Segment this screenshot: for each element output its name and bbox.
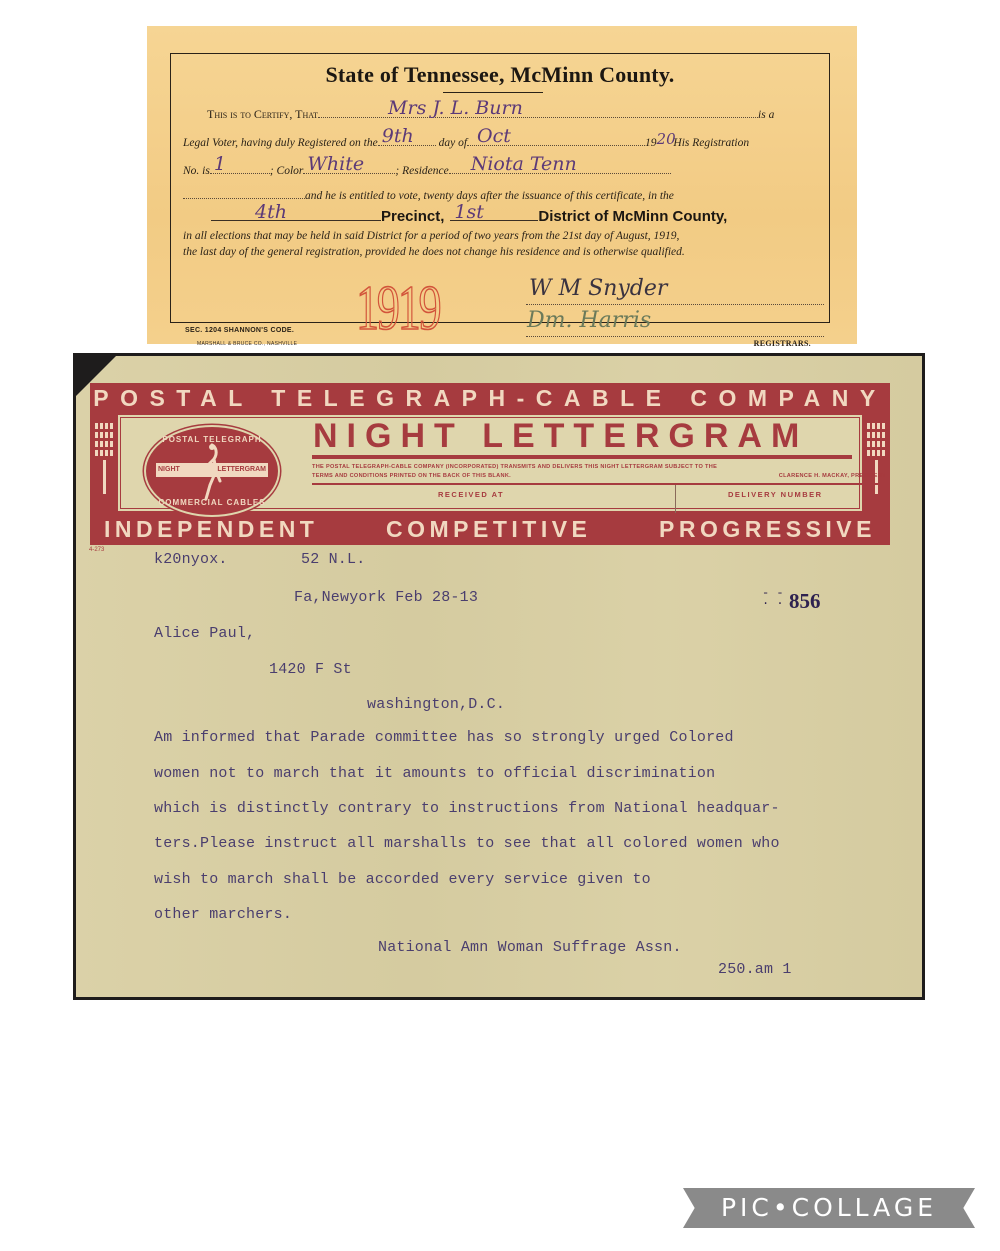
pic-collage-watermark: PIC•COLLAGE <box>683 1188 975 1228</box>
district-field: 1st <box>450 206 538 221</box>
his-registration-label: His Registration <box>673 137 749 149</box>
certificate-frame: State of Tennessee, McMinn County. This … <box>170 53 830 323</box>
registered-line: Legal Voter, having duly Registered on t… <box>183 134 817 149</box>
voter-name-field: Mrs J. L. Burn <box>318 106 758 118</box>
registrar-signature-2: Dm. Harris <box>527 308 651 333</box>
letterhead-panel: POSTAL TELEGRAPH NIGHT LETTERGRAM COMMER… <box>116 413 864 513</box>
certify-line: This is to Certify, ThatMrs J. L. Burnis… <box>183 106 817 122</box>
mercury-figure-icon <box>202 441 222 501</box>
night-lettergram-telegram: POSTAL TELEGRAPH-CABLE COMPANY POSTAL TE… <box>73 353 925 1000</box>
year-handwritten: 20 <box>657 130 676 148</box>
delivery-number: 856 <box>789 589 821 614</box>
slogan-bar: INDEPENDENT COMPETITIVE PROGRESSIVE <box>90 515 890 543</box>
body-line-2: women not to march that it amounts to of… <box>154 765 715 782</box>
recipient-name: Alice Paul, <box>154 625 255 642</box>
is-a-label: is a <box>758 109 774 121</box>
district-value: 1st <box>454 201 483 223</box>
day-of-label: day of <box>439 137 467 149</box>
residence-field: Niota Tenn <box>449 162 671 174</box>
left-ornament-icon <box>95 423 113 513</box>
year-field: 20 <box>657 135 671 146</box>
header-divider <box>675 485 676 513</box>
precinct-value: 4th <box>255 201 287 223</box>
recipient-city: washington,D.C. <box>367 696 505 713</box>
slogan-independent: INDEPENDENT <box>104 515 318 543</box>
voter-name: Mrs J. L. Burn <box>388 97 523 119</box>
year-prefix: 19 <box>645 137 657 149</box>
word-count: 52 N.L. <box>301 551 365 568</box>
certificate-title: State of Tennessee, McMinn County. <box>171 62 829 88</box>
message-code: k20nyox. <box>154 551 228 568</box>
title-rule <box>312 455 852 459</box>
precinct-field: 4th <box>211 206 381 221</box>
district-label: District of McMinn County, <box>538 208 727 225</box>
seal-left-text: NIGHT <box>158 463 180 477</box>
body-line-4: ters.Please instruct all marshalls to se… <box>154 835 780 852</box>
title-underline <box>443 92 543 93</box>
fine-print-line-1: THE POSTAL TELEGRAPH-CABLE COMPANY (INCO… <box>312 463 887 472</box>
voter-registration-certificate: State of Tennessee, McMinn County. This … <box>147 26 857 344</box>
slogan-competitive: COMPETITIVE <box>386 515 591 543</box>
company-seal-icon: POSTAL TELEGRAPH NIGHT LETTERGRAM COMMER… <box>144 425 280 517</box>
time-stamp: 250.am 1 <box>718 961 792 978</box>
no-is-label: No. is <box>183 165 210 177</box>
day-field: 9th <box>378 134 436 146</box>
color-label: ; Color <box>270 165 304 177</box>
body-line-6: other marchers. <box>154 906 292 923</box>
form-number: 4-273 <box>89 547 104 553</box>
residence-value: Niota Tenn <box>471 153 577 175</box>
sender-name: National Amn Woman Suffrage Assn. <box>378 939 682 956</box>
received-at-label: RECEIVED AT <box>438 490 504 499</box>
registered-day: 9th <box>382 125 414 147</box>
signature-line-1 <box>526 304 824 305</box>
body-line-1: Am informed that Parade committee has so… <box>154 729 734 746</box>
president-name: CLARENCE H. MACKAY, PRESIDENT. <box>779 472 887 481</box>
printer-imprint: MARSHALL & BRUCE CO., NASHVILLE <box>197 341 297 347</box>
code-reference: SEC. 1204 SHANNON'S CODE. <box>185 327 294 334</box>
recipient-address: 1420 F St <box>269 661 352 678</box>
delivery-marks: - -. . <box>762 589 784 605</box>
last-day-text: the last day of the general registration… <box>183 246 817 258</box>
blank-field <box>183 187 305 199</box>
seal-right-text: LETTERGRAM <box>217 463 266 477</box>
residence-label: ; Residence <box>395 165 448 177</box>
certify-label: This is to Certify, That <box>207 107 318 121</box>
precinct-label: Precinct, <box>381 208 444 225</box>
registered-month: Oct <box>477 125 511 147</box>
telegram-letterhead: POSTAL TELEGRAPH-CABLE COMPANY POSTAL TE… <box>90 383 890 545</box>
registrar-signature-1: W M Snyder <box>529 276 667 301</box>
entitled-line: and he is entitled to vote, twenty days … <box>183 187 817 202</box>
year-stamp-1919: 1919 <box>356 276 440 340</box>
color-value: White <box>307 153 364 175</box>
month-field: Oct <box>467 134 645 146</box>
fine-print: THE POSTAL TELEGRAPH-CABLE COMPANY (INCO… <box>312 463 887 481</box>
registrars-label: REGISTRARS. <box>754 339 811 348</box>
entitled-text: and he is entitled to vote, twenty days … <box>305 190 674 202</box>
fine-print-rule <box>312 483 887 485</box>
signature-line-2 <box>526 336 824 337</box>
precinct-line: 4thPrecinct,1stDistrict of McMinn County… <box>183 206 817 225</box>
delivery-number-label: DELIVERY NUMBER <box>728 490 823 499</box>
origin-date: Fa,Newyork Feb 28-13 <box>294 589 478 606</box>
seal-bottom-text: COMMERCIAL CABLES <box>146 498 278 507</box>
body-line-5: wish to march shall be accorded every se… <box>154 871 651 888</box>
registration-number-line: No. is1; ColorWhite; ResidenceNiota Tenn <box>183 162 817 177</box>
color-field: White <box>303 162 395 174</box>
company-name: POSTAL TELEGRAPH-CABLE COMPANY <box>90 385 890 411</box>
telegram-paper: POSTAL TELEGRAPH-CABLE COMPANY POSTAL TE… <box>76 356 922 997</box>
elections-text: in all elections that may be held in sai… <box>183 230 817 242</box>
body-line-3: which is distinctly contrary to instruct… <box>154 800 780 817</box>
slogan-progressive: PROGRESSIVE <box>659 515 876 543</box>
registration-number: 1 <box>214 153 226 175</box>
registration-number-field: 1 <box>210 162 270 174</box>
legal-voter-label: Legal Voter, having duly Registered on t… <box>183 137 378 149</box>
form-title: NIGHT LETTERGRAM <box>313 417 808 455</box>
